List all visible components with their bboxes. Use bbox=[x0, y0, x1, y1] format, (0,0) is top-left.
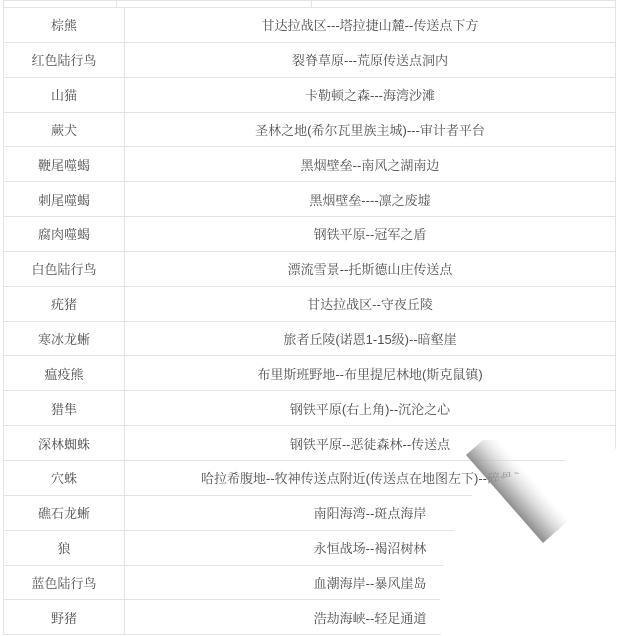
creature-location: 哈拉希腹地--牧神传送点附近(传送点在地图左下)--碎骨洞穴 bbox=[125, 461, 615, 495]
creature-name: 野猪 bbox=[4, 600, 125, 634]
table-row: 猎隼 钢铁平原(右上角)--沉沦之心 bbox=[3, 391, 616, 426]
creature-name: 狼 bbox=[4, 531, 125, 565]
table-row: 红色陆行鸟 裂脊草原---荒原传送点洞内 bbox=[3, 43, 616, 78]
table-row: 狼 永恒战场--褐沼树林 bbox=[3, 531, 616, 566]
creature-name: 穴蛛 bbox=[4, 461, 125, 495]
creature-location: 布里斯班野地--布里提尼林地(斯克鼠镇) bbox=[125, 356, 615, 390]
creature-name: 疣猪 bbox=[4, 287, 125, 321]
creature-location: 黑烟壁垒----凛之废墟 bbox=[125, 182, 615, 216]
creature-location: 甘达拉战区--守夜丘陵 bbox=[125, 287, 615, 321]
creature-location-table: 棕熊 甘达拉战区---塔拉捷山麓--传送点下方 红色陆行鸟 裂脊草原---荒原传… bbox=[3, 0, 616, 635]
creature-name: 白色陆行鸟 bbox=[4, 252, 125, 286]
column-divider bbox=[311, 1, 312, 7]
table-row: 山猫 卡勒顿之森---海湾沙滩 bbox=[3, 78, 616, 113]
creature-name: 蕨犬 bbox=[4, 113, 125, 147]
table-row: 寒冰龙蜥 旅者丘陵(诺恩1-15级)--暗壑崖 bbox=[3, 322, 616, 357]
creature-location: 裂脊草原---荒原传送点洞内 bbox=[125, 43, 615, 77]
creature-location: 甘达拉战区---塔拉捷山麓--传送点下方 bbox=[125, 8, 615, 42]
creature-name: 瘟疫熊 bbox=[4, 356, 125, 390]
creature-name: 红色陆行鸟 bbox=[4, 43, 125, 77]
creature-location: 钢铁平原--恶徒森林--传送点 bbox=[125, 426, 615, 460]
table-row: 穴蛛 哈拉希腹地--牧神传送点附近(传送点在地图左下)--碎骨洞穴 bbox=[3, 461, 616, 496]
creature-location: 卡勒顿之森---海湾沙滩 bbox=[125, 78, 615, 112]
creature-name: 蓝色陆行鸟 bbox=[4, 566, 125, 600]
creature-location: 永恒战场--褐沼树林 bbox=[125, 531, 615, 565]
creature-name: 猎隼 bbox=[4, 391, 125, 425]
creature-name: 深林蜘蛛 bbox=[4, 426, 125, 460]
creature-location: 血潮海岸--暴风崖岛 bbox=[125, 566, 615, 600]
creature-name: 腐肉噬蝎 bbox=[4, 217, 125, 251]
creature-location: 圣林之地(希尔瓦里族主城)---审计者平台 bbox=[125, 113, 615, 147]
table-row: 疣猪 甘达拉战区--守夜丘陵 bbox=[3, 287, 616, 322]
table-row: 刺尾噬蝎 黑烟壁垒----凛之废墟 bbox=[3, 182, 616, 217]
column-divider bbox=[116, 1, 117, 7]
table-row: 礁石龙蜥 南阳海湾--斑点海岸 bbox=[3, 496, 616, 531]
creature-location: 钢铁平原--冠军之盾 bbox=[125, 217, 615, 251]
table-row: 深林蜘蛛 钢铁平原--恶徒森林--传送点 bbox=[3, 426, 616, 461]
table-row: 野猪 浩劫海峡--轻足通道 bbox=[3, 600, 616, 635]
creature-name: 棕熊 bbox=[4, 8, 125, 42]
table-row: 蓝色陆行鸟 血潮海岸--暴风崖岛 bbox=[3, 566, 616, 601]
creature-location: 钢铁平原(右上角)--沉沦之心 bbox=[125, 391, 615, 425]
table-row: 白色陆行鸟 漂流雪景--托斯德山庄传送点 bbox=[3, 252, 616, 287]
creature-location: 浩劫海峡--轻足通道 bbox=[125, 600, 615, 634]
creature-location: 黑烟壁垒--南风之湖南边 bbox=[125, 147, 615, 181]
table-row: 棕熊 甘达拉战区---塔拉捷山麓--传送点下方 bbox=[3, 8, 616, 43]
creature-location: 漂流雪景--托斯德山庄传送点 bbox=[125, 252, 615, 286]
table-row: 瘟疫熊 布里斯班野地--布里提尼林地(斯克鼠镇) bbox=[3, 356, 616, 391]
creature-name: 寒冰龙蜥 bbox=[4, 322, 125, 356]
table-row: 鞭尾噬蝎 黑烟壁垒--南风之湖南边 bbox=[3, 147, 616, 182]
creature-location: 南阳海湾--斑点海岸 bbox=[125, 496, 615, 530]
table-row: 蕨犬 圣林之地(希尔瓦里族主城)---审计者平台 bbox=[3, 113, 616, 148]
creature-location: 旅者丘陵(诺恩1-15级)--暗壑崖 bbox=[125, 322, 615, 356]
creature-name: 礁石龙蜥 bbox=[4, 496, 125, 530]
creature-table-body: 棕熊 甘达拉战区---塔拉捷山麓--传送点下方 红色陆行鸟 裂脊草原---荒原传… bbox=[3, 8, 616, 635]
page: { "table": { "text_color": "#4f4f4f", "b… bbox=[0, 0, 623, 636]
cut-off-top-row bbox=[3, 0, 616, 8]
table-row: 腐肉噬蝎 钢铁平原--冠军之盾 bbox=[3, 217, 616, 252]
creature-name: 刺尾噬蝎 bbox=[4, 182, 125, 216]
creature-name: 山猫 bbox=[4, 78, 125, 112]
creature-name: 鞭尾噬蝎 bbox=[4, 147, 125, 181]
